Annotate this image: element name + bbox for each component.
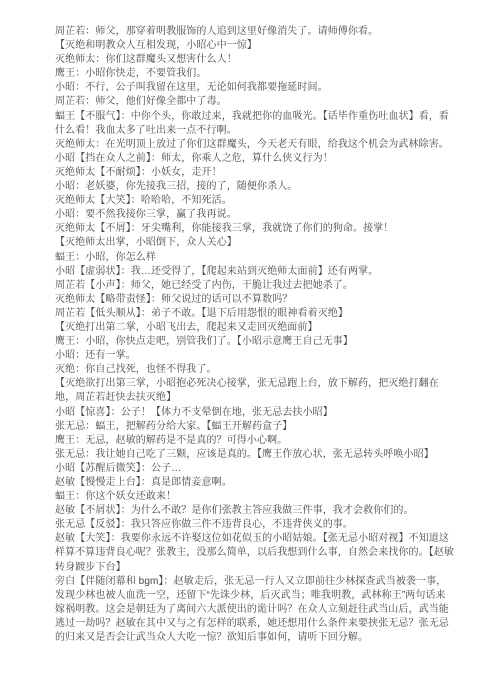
script-line: 鹰王：小昭你快走，不要管我们。	[55, 67, 467, 81]
script-line: 灭绝师太【不屑】：牙尖嘴利，你能接我三掌，我就饶了你们的狗命。接掌！	[55, 222, 467, 236]
script-line: 小昭【虚弱状】：我…还受得了，【爬起来站到灭绝师太面前】还有两掌。	[55, 265, 467, 279]
script-line: 【灭绝欲打出第三掌，小昭抱必死决心接掌，张无忌跑上台，放下解药，把灭绝打翻在	[55, 377, 467, 391]
script-line: 发现少林也被人血洗一空，还留下“先诛少林，后灭武当；唯我明教，武林称王”两句话来	[55, 589, 467, 603]
script-line: 蝠王【不服气】：中你个头，你敢过来，我就把你的血吸光。【话毕作重伤吐血状】看，看	[55, 110, 467, 124]
script-line: 灭绝师太：在光明顶上放过了你们这群魔头，今天老天有眼，给我这个机会为武林除害。	[55, 138, 467, 152]
script-line: 张无忌：我让她自己吃了三颗，应该是真的。【鹰王作放心状，张无忌转头呼唤小昭】	[55, 448, 467, 462]
script-line: 旁白【伴随闭幕和 bgm】：赵敏走后，张无忌一行人又立即前往少林探查武当被袭一事…	[55, 575, 467, 589]
script-line: 什么看！我血太多了吐出来一点不行啊。	[55, 124, 467, 138]
script-line: 周芷若：师父，那穿着明教服饰的人追到这里好像消失了。请师傅你看。	[55, 25, 467, 39]
script-line: 嫁祸明教。这会是朝廷为了离间六大派使出的诡计吗？在众人立刻赶往武当山后，武当能	[55, 603, 467, 617]
script-page: 周芷若：师父，那穿着明教服饰的人追到这里好像消失了。请师傅你看。【灭绝和明教众人…	[0, 0, 500, 677]
script-line: 小昭：还有一掌。	[55, 349, 467, 363]
script-line: 鹰王：小昭，你快点走吧，别管我们了。【小昭示意鹰王自己无事】	[55, 335, 467, 349]
script-line: 赵敏【大笑】：我要你永远不许娶这位如花似玉的小昭姑娘。【张无忌小昭对视】不知道这	[55, 532, 467, 546]
script-line: 张无忌：蝠王，把解药分给大家。【蝠王开解药盒子】	[55, 420, 467, 434]
script-line: 蝠王：你这个妖女还敢来！	[55, 490, 467, 504]
script-line: 小昭：不行，公子叫我留在这里，无论如何我都要拖延时间。	[55, 81, 467, 95]
script-line: 灭绝：你自己找死，也怪不得我了。	[55, 363, 467, 377]
script-text-block: 周芷若：师父，那穿着明教服饰的人追到这里好像消失了。请师傅你看。【灭绝和明教众人…	[55, 25, 467, 645]
script-line: 张无忌【反驳】：我只答应你做三件不违背良心，不违背侠义的事。	[55, 518, 467, 532]
script-line: 逃过一劫吗？赵敏在其中又与之有怎样的联系，她还想用什么条件来要挟张无忌？张无忌	[55, 617, 467, 631]
script-line: 周芷若【低头顺从】：弟子不敢。【退下后用怨恨的眼神看着灭绝】	[55, 307, 467, 321]
script-line: 转身踱步下台】	[55, 561, 467, 575]
script-line: 小昭【挡在众人之前】：师太，你乘人之危，算什么侠义行为！	[55, 152, 467, 166]
script-line: 周芷若【小声】：师父，她已经受了内伤，干脆让我过去把她杀了。	[55, 279, 467, 293]
script-line: 【灭绝师太出掌，小昭倒下，众人关心】	[55, 236, 467, 250]
script-line: 【灭绝打出第二掌，小昭飞出去，爬起来又走回灭绝面前】	[55, 321, 467, 335]
script-line: 蝠王：小昭，你怎么样	[55, 251, 467, 265]
script-line: 小昭：要不然我接你三掌，赢了我再说。	[55, 208, 467, 222]
script-line: 灭绝师太【略带责怪】：师父说过的话可以不算数吗？	[55, 293, 467, 307]
script-line: 灭绝师太【大笑】：哈哈哈，不知死活。	[55, 194, 467, 208]
script-line: 小昭：老妖婆，你先接我三招，接的了，随便你杀人。	[55, 180, 467, 194]
script-line: 的归来又是否会让武当众人大吃一惊？欲知后事如何，请听下回分解。	[55, 631, 467, 645]
script-line: 赵敏【慢慢走上台】：真是郎情妾意啊。	[55, 476, 467, 490]
script-line: 赵敏【不屑状】：为什么不敢？是你们张教主答应我做三件事，我才会救你们的。	[55, 504, 467, 518]
script-line: 鹰王：无忌，赵敏的解药是不是真的？可得小心啊。	[55, 434, 467, 448]
script-line: 【灭绝和明教众人互相发现，小昭心中一惊】	[55, 39, 467, 53]
script-line: 灭绝师太：你们这群魔头又想害什么人！	[55, 53, 467, 67]
script-line: 周芷若：师父，他们好像全都中了毒。	[55, 95, 467, 109]
script-line: 样算不算违背良心呢？张教主，没那么简单，以后我想到什么事，自然会来找你的。【赵敏	[55, 546, 467, 560]
script-line: 小昭【惊喜】：公子！【体力不支晕倒在地，张无忌去扶小昭】	[55, 406, 467, 420]
script-line: 小昭【苏醒后微笑】：公子…	[55, 462, 467, 476]
script-line: 地，周芷若赶快去扶灭绝】	[55, 391, 467, 405]
script-line: 灭绝师太【不耐烦】：小妖女，走开！	[55, 166, 467, 180]
